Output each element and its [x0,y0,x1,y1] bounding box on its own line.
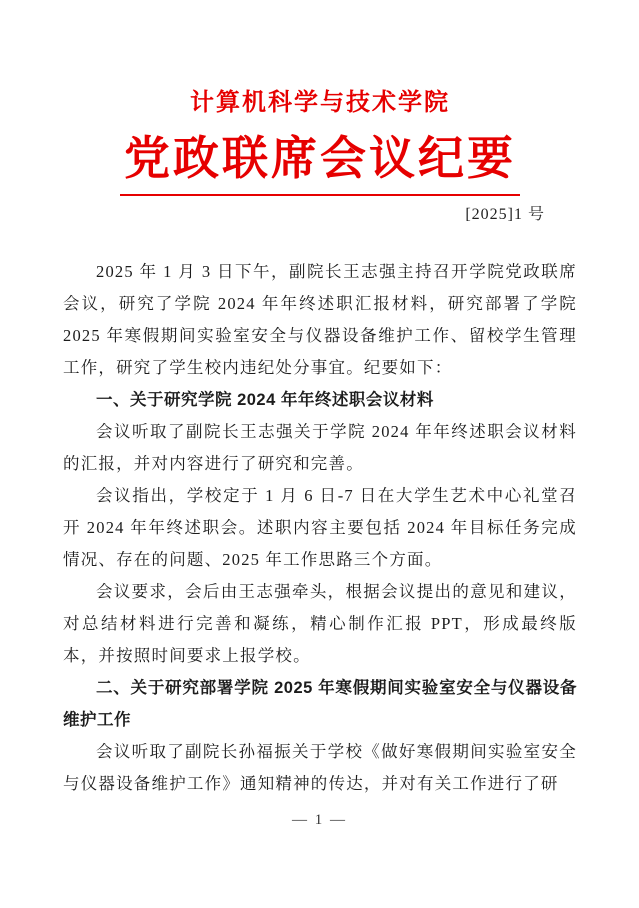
body-paragraph: 会议要求，会后由王志强牵头，根据会议提出的意见和建议，对总结材料进行完善和凝练，… [63,576,577,672]
document-content: 计算机科学与技术学院 党政联席会议纪要 [2025]1 号 2025 年 1 月… [63,0,577,800]
page-number: — 1 — [0,812,639,829]
section-heading: 一、关于研究学院 2024 年年终述职会议材料 [63,384,577,416]
body-paragraph: 2025 年 1 月 3 日下午，副院长王志强主持召开学院党政联席会议，研究了学… [63,256,577,384]
document-title: 党政联席会议纪要 [63,132,577,186]
red-divider-line [120,194,520,196]
body-paragraph: 会议听取了副院长王志强关于学院 2024 年年终述职会议材料的汇报，并对内容进行… [63,416,577,480]
org-name-heading: 计算机科学与技术学院 [63,88,577,118]
document-page: 计算机科学与技术学院 党政联席会议纪要 [2025]1 号 2025 年 1 月… [0,0,639,908]
document-body: 2025 年 1 月 3 日下午，副院长王志强主持召开学院党政联席会议，研究了学… [63,256,577,800]
body-paragraph: 会议指出，学校定于 1 月 6 日-7 日在大学生艺术中心礼堂召开 2024 年… [63,480,577,576]
body-paragraph: 会议听取了副院长孙福振关于学校《做好寒假期间实验室安全与仪器设备维护工作》通知精… [63,736,577,800]
issue-number: [2025]1 号 [63,204,577,226]
section-heading: 二、关于研究部署学院 2025 年寒假期间实验室安全与仪器设备维护工作 [63,672,577,736]
